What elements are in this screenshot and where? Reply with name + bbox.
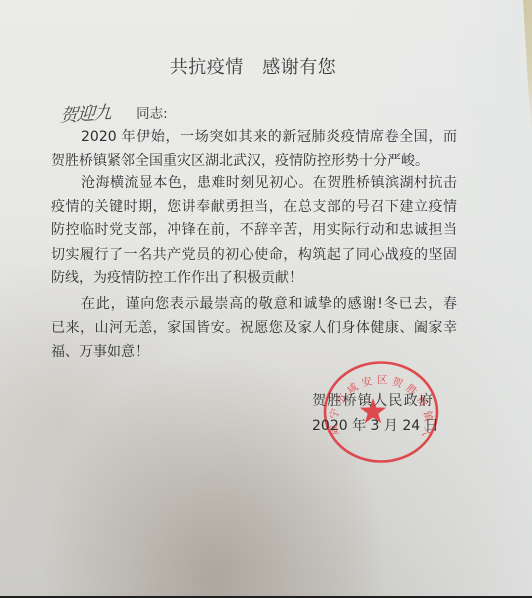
body-line: 福、万事如意！ <box>51 342 457 362</box>
body-line: 在此，谨向您表示最崇高的敬意和诚挚的感谢!冬已去，春 <box>81 294 457 314</box>
paper-edge-background <box>523 0 532 130</box>
salutation-suffix: 同志: <box>136 102 168 122</box>
body-line: 防线，为疫情防控工作作出了积极贡献！ <box>51 268 457 288</box>
signing-organization: 贺胜桥镇人民政府 <box>312 392 433 410</box>
official-red-stamp: 咸宁市咸安区贺胜桥镇人民政府 <box>322 360 440 464</box>
salutation: 贺迎九 同志: <box>60 100 168 126</box>
body-line: 切实履行了一名共产党员的初心使命，构筑起了同心战疫的坚固 <box>51 245 457 265</box>
signing-date: 2020 年 3 月 24 日 <box>312 417 438 435</box>
body-line: 疫情的关键时期，您讲奉献勇担当，在总支部的号召下建立疫情 <box>51 197 457 217</box>
body-line: 2020 年伊始，一场突如其来的新冠肺炎疫情席卷全国，而 <box>81 127 457 147</box>
body-line: 防控临时党支部，冲锋在前，不辞辛苦，用实际行动和忠诚担当 <box>51 220 457 240</box>
body-line: 已来，山河无恙，家国皆安。祝愿您及家人们身体健康、阖家幸 <box>51 318 457 338</box>
handwritten-recipient-name: 贺迎九 <box>59 98 112 128</box>
letter-title: 共抗疫情 感谢有您 <box>150 56 356 80</box>
body-line: 贺胜桥镇紧邻全国重灾区湖北武汉，疫情防控形势十分严峻。 <box>51 151 457 171</box>
body-line: 沧海横流显本色，患难时刻见初心。在贺胜桥镇滨湖村抗击 <box>81 173 457 193</box>
letter-paper: 共抗疫情 感谢有您 贺迎九 同志: 2020 年伊始，一场突如其来的新冠肺炎疫情… <box>0 0 532 598</box>
